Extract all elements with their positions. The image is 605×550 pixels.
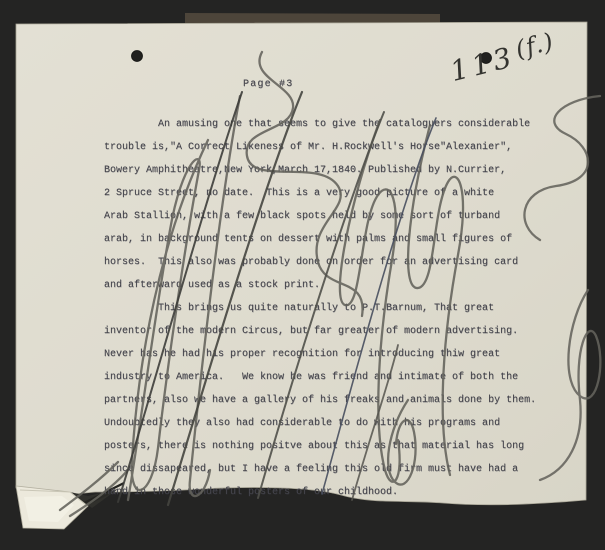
behind-sheet-edge (185, 13, 440, 24)
punch-hole-left (132, 51, 143, 62)
annotation-suffix: (f.) (513, 27, 557, 63)
scanned-document-page: Page #3 An amusing one that seems to giv… (0, 0, 605, 550)
page-number-label: Page #3 (243, 79, 293, 90)
typed-body-text: An amusing one that seems to give the ca… (104, 113, 536, 504)
annotation-number: 113 (447, 40, 518, 88)
handwritten-annotation: 113(f.) (447, 30, 559, 88)
